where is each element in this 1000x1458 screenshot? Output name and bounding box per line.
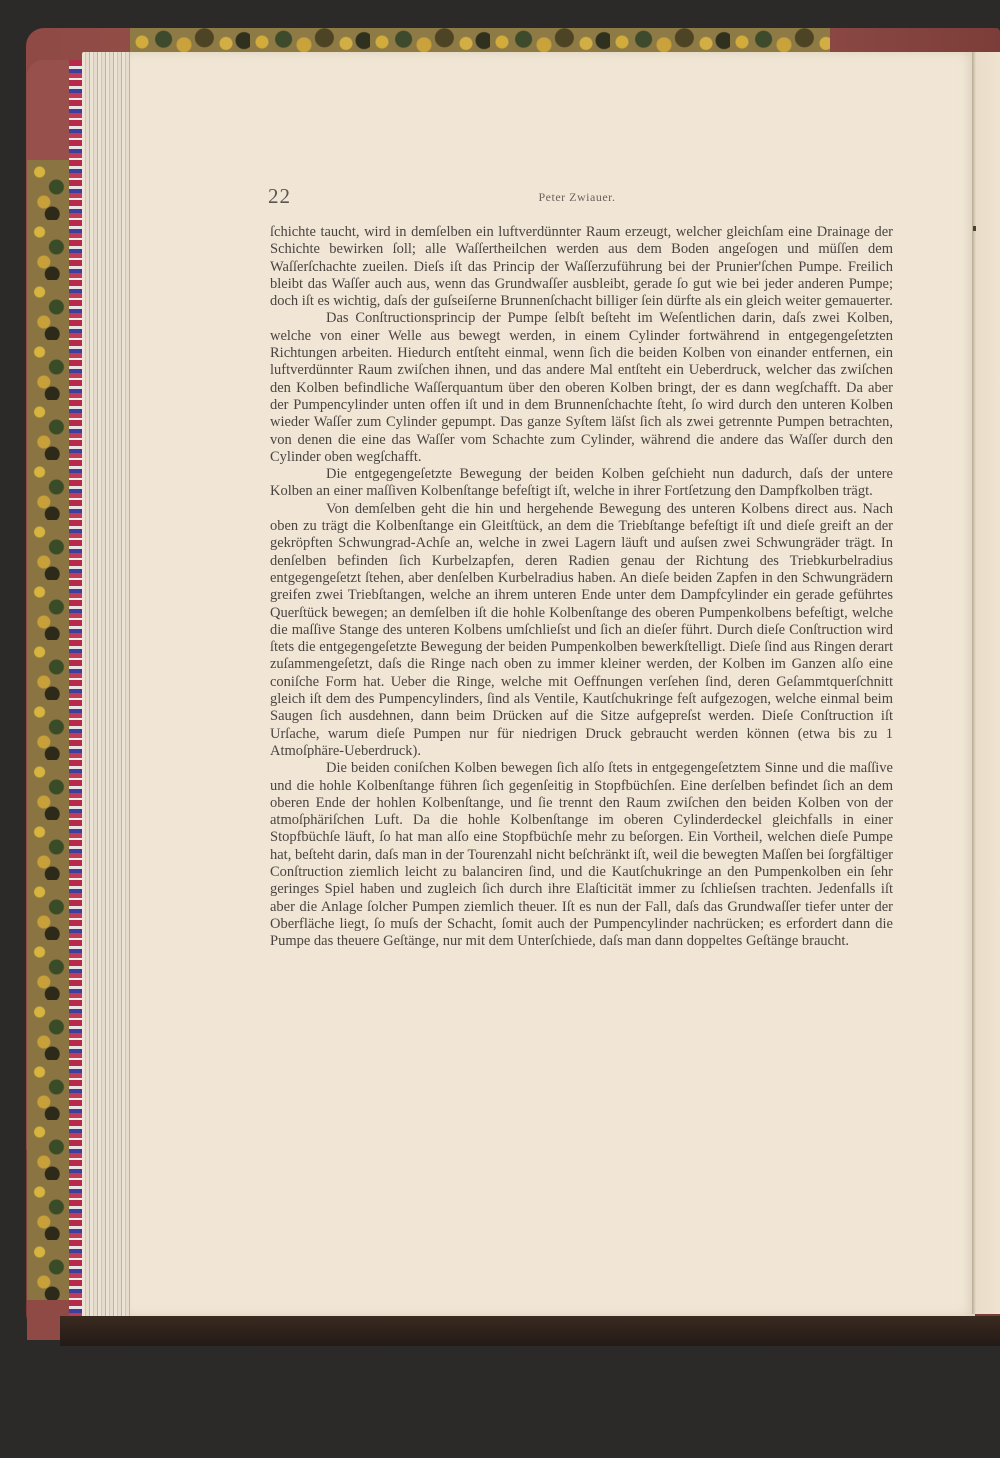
ink-speck [973, 226, 976, 231]
page-gutter-edge [972, 52, 1000, 1314]
paragraph-3: Die entgegengeſetzte Bewegung der beiden… [270, 466, 893, 501]
body-text: ſchichte taucht, wird in demſelben ein l… [270, 224, 893, 950]
paragraph-2: Das Conſtructionsprincip der Pumpe ſelbſ… [270, 310, 893, 466]
marbled-page-edge [69, 60, 83, 1322]
page-stack-edges [82, 52, 132, 1322]
paragraph-1: ſchichte taucht, wird in demſelben ein l… [270, 224, 893, 310]
paragraph-5: Die beiden coniſchen Kolben bewegen ſich… [270, 760, 893, 950]
paragraph-4: Von demſelben geht die hin und hergehend… [270, 501, 893, 760]
marbled-spine [27, 160, 69, 1300]
spine-red-top [27, 60, 69, 170]
running-head: Peter Zwiauer. [268, 190, 886, 205]
page-header: 22 Peter Zwiauer. [268, 184, 886, 214]
bottom-shadow [60, 1316, 1000, 1346]
